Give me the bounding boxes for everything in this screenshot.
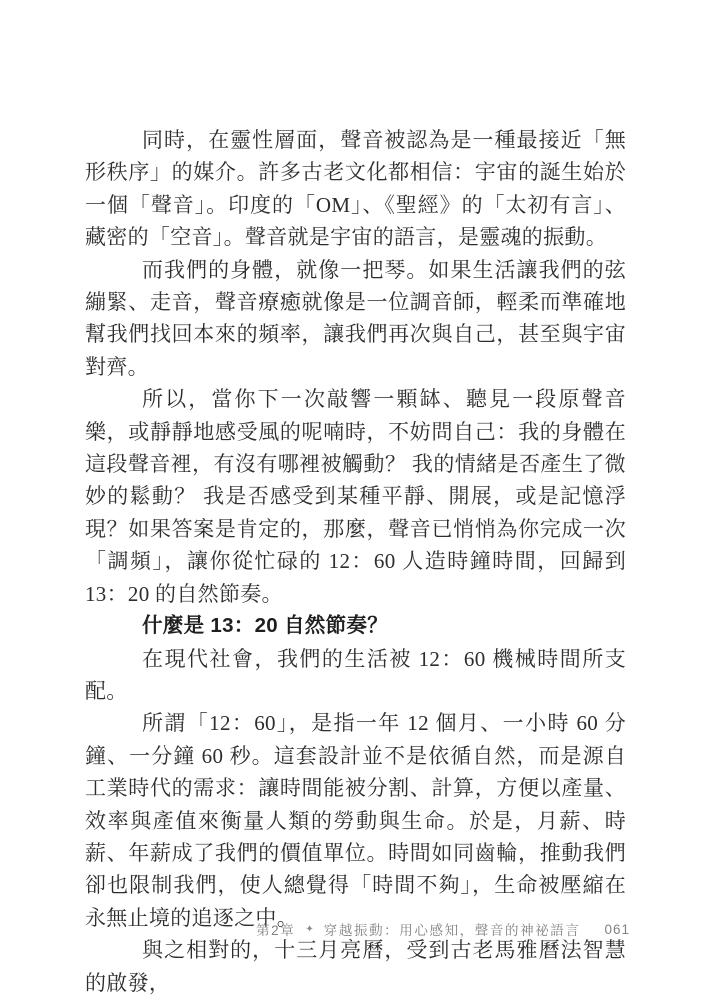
page-footer: 第2章 ✦ 穿越振動：用心感知，聲音的神祕語言 061 [256, 919, 630, 939]
section-heading-1320-rhythm: 什麼是 13：20 自然節奏？ [85, 610, 626, 642]
paragraph-tuning-question: 所以，當你下一次敲響一顆缽、聽見一段原聲音樂，或靜靜地感受風的呢喃時，不妨問自己… [85, 383, 626, 610]
chapter-title: 穿越振動：用心感知，聲音的神祕語言 [324, 919, 581, 939]
book-page: 同時，在靈性層面，聲音被認為是一種最接近「無形秩序」的媒介。許多古老文化都相信：… [0, 0, 711, 1000]
body-text-block: 同時，在靈性層面，聲音被認為是一種最接近「無形秩序」的媒介。許多古老文化都相信：… [85, 124, 626, 999]
paragraph-modern-society: 在現代社會，我們的生活被 12：60 機械時間所支配。 [85, 643, 626, 708]
star-icon: ✦ [305, 924, 313, 935]
paragraph-thirteen-moon-calendar: 與之相對的，十三月亮曆，受到古老馬雅曆法智慧的啟發， [85, 934, 626, 999]
paragraph-1260-mechanical-time: 所謂「12：60」，是指一年 12 個月、一小時 60 分鐘、一分鐘 60 秒。… [85, 707, 626, 934]
chapter-number-label: 第2章 [256, 919, 295, 939]
paragraph-body-as-instrument: 而我們的身體，就像一把琴。如果生活讓我們的弦繃緊、走音，聲音療癒就像是一位調音師… [85, 254, 626, 384]
paragraph-sound-spiritual-order: 同時，在靈性層面，聲音被認為是一種最接近「無形秩序」的媒介。許多古老文化都相信：… [85, 124, 626, 254]
page-number: 061 [604, 922, 630, 937]
